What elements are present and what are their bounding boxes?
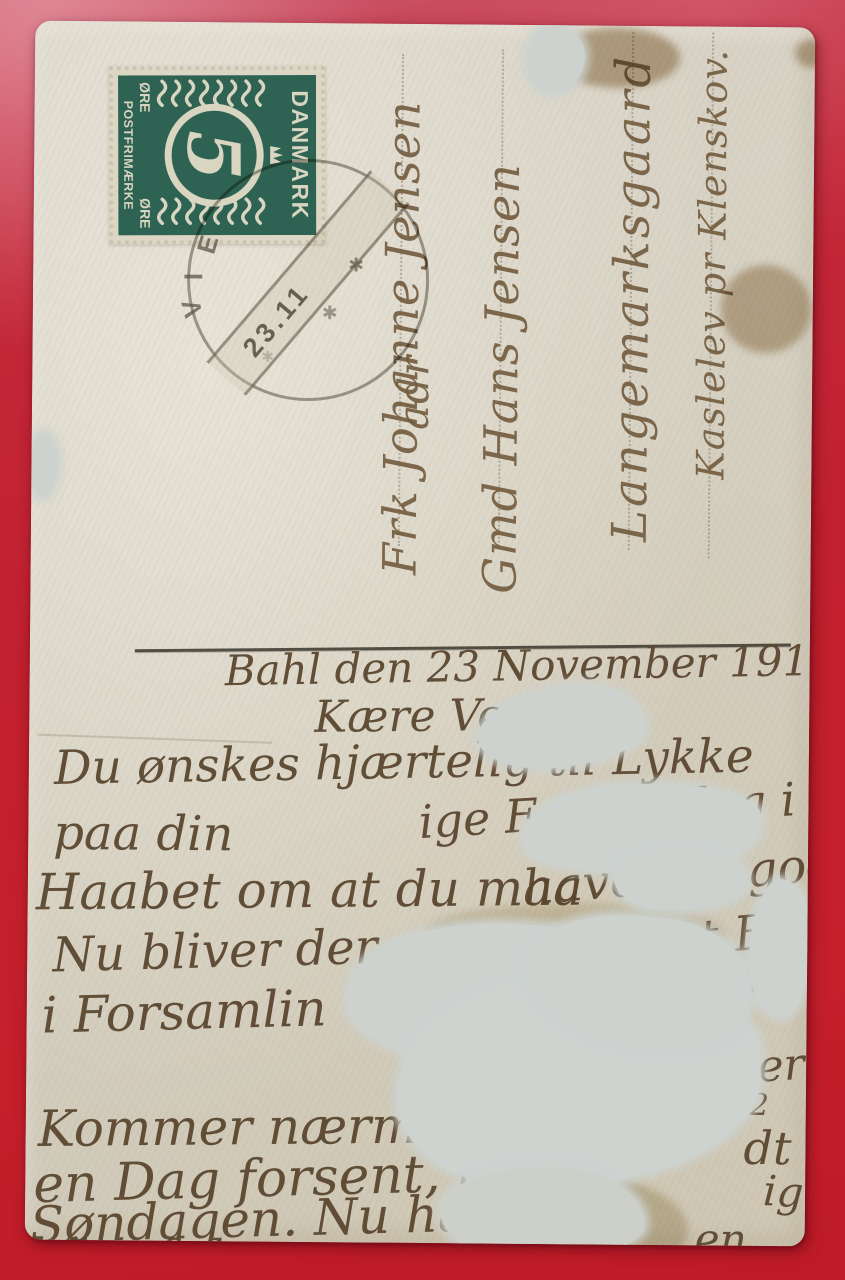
- message-line: höre f tl: [29, 1233, 224, 1247]
- message-line: paa din: [53, 809, 234, 859]
- message-line: i Forsamlin: [41, 983, 327, 1040]
- message-date-line: Bahl den 23 November 1912: [224, 640, 815, 693]
- stamp-currency-right-text: ØRE: [137, 198, 153, 228]
- address-line-adr: adr: [393, 355, 436, 430]
- postmark-date-band: 23.11: [206, 170, 409, 395]
- postcard-back: Frk Johanne Jensen adr Gmd Hans Jensen L…: [25, 21, 816, 1247]
- postmark-star-icon: ✱: [261, 348, 274, 366]
- stain: [720, 265, 811, 354]
- postmark-town-letter: I: [178, 273, 209, 281]
- damage-patch: [527, 25, 586, 94]
- message-line: Nu bliver der: [52, 923, 379, 980]
- damage-patch: [613, 848, 749, 911]
- postmark-town-letter: E: [191, 232, 226, 257]
- address-line-town: Kaslelev pr Klenskov.: [691, 48, 733, 479]
- postmark-date: 23.11: [237, 278, 316, 364]
- photo-of-postcard: Frk Johanne Jensen adr Gmd Hans Jensen L…: [0, 0, 845, 1280]
- postmark-star-icon: ✱: [348, 254, 364, 276]
- message-fragment: ig: [762, 1170, 805, 1214]
- damage-patch: [31, 433, 58, 497]
- stamp-inscription-text: POSTFRIMÆRKE: [121, 101, 135, 211]
- postmark-star-icon: ✱: [322, 302, 338, 324]
- stain: [795, 39, 815, 67]
- stamp-currency-left-text: ØRE: [137, 82, 153, 112]
- postmark-circle: 23.11 V I E ✱ ✱ ✱: [186, 158, 430, 402]
- stamp-denomination-text: 5: [171, 130, 256, 180]
- address-line-farm: Langemarksgaard: [606, 54, 658, 542]
- message-fragment: en: [695, 1218, 747, 1246]
- address-line-co-name: Gmd Hans Jensen: [476, 163, 526, 594]
- postmark-town-letter: V: [175, 296, 209, 321]
- message-fragment: dt: [743, 1125, 791, 1171]
